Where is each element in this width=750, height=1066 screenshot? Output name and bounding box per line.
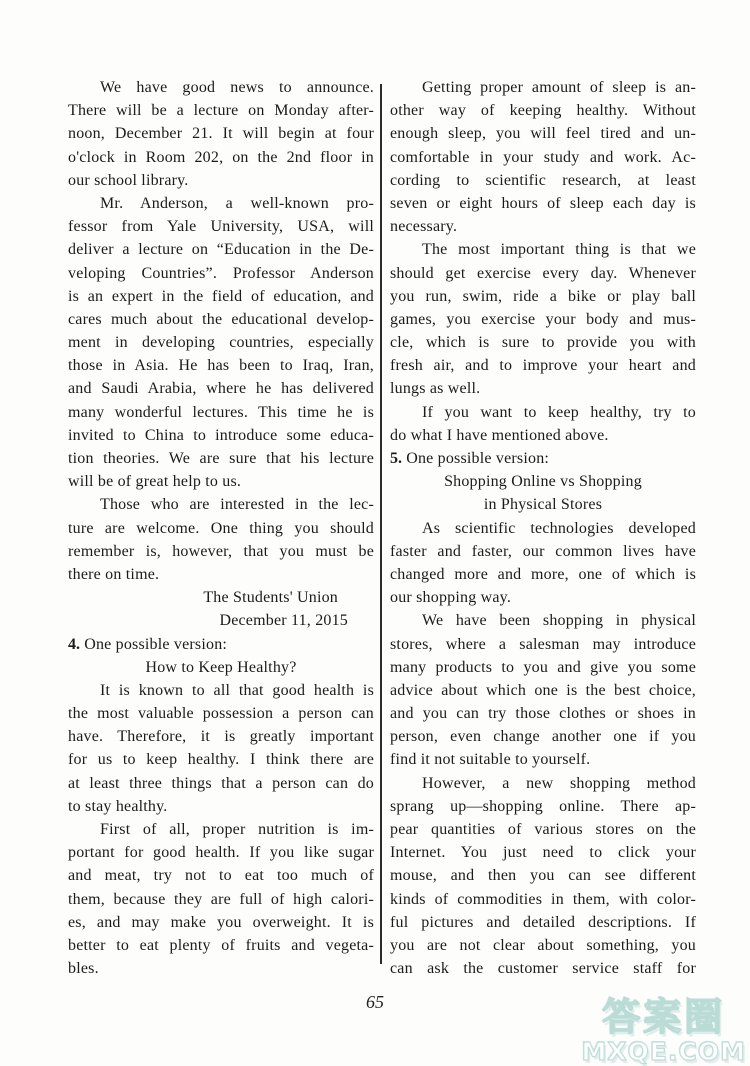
- signature-line: The Students' Union: [68, 586, 374, 609]
- text-line: There will be a lecture on Monday after-: [68, 99, 374, 122]
- section-heading: How to Keep Healthy?: [68, 656, 374, 679]
- item-number: 5.: [390, 450, 402, 467]
- section-heading: Shopping Online vs Shopping: [390, 470, 696, 493]
- text-line: should get exercise every day. Whenever: [390, 262, 696, 285]
- text-line: do what I have mentioned above.: [390, 424, 696, 447]
- section-heading: in Physical Stores: [390, 493, 696, 516]
- text-line: cares much about the educational develop…: [68, 308, 374, 331]
- text-line: and you can try those clothes or shoes i…: [390, 702, 696, 725]
- watermark-logo-text: 答案圈: [582, 998, 746, 1036]
- text-line: our shopping way.: [390, 586, 696, 609]
- text-line: better to eat plenty of fruits and veget…: [68, 934, 374, 957]
- text-line: have. Therefore, it is greatly important: [68, 725, 374, 748]
- text-line: stores, where a salesman may introduce: [390, 633, 696, 656]
- text-line: Getting proper amount of sleep is an-: [390, 76, 696, 99]
- text-line: will be of great help to us.: [68, 470, 374, 493]
- text-line: our school library.: [68, 169, 374, 192]
- text-line: ment in developing countries, especially: [68, 331, 374, 354]
- text-line: tion theories. We are sure that his lect…: [68, 447, 374, 470]
- text-line: ful pictures and detailed descriptions. …: [390, 911, 696, 934]
- text-line: However, a new shopping method: [390, 772, 696, 795]
- text-line: First of all, proper nutrition is im-: [68, 818, 374, 841]
- text-line: seven or eight hours of sleep each day i…: [390, 192, 696, 215]
- text-line: cording to scientific research, at least: [390, 169, 696, 192]
- text-line: the most valuable possession a person ca…: [68, 702, 374, 725]
- text-line: It is known to all that good health is: [68, 679, 374, 702]
- text-line: those in Asia. He has been to Iraq, Iran…: [68, 354, 374, 377]
- text-line: invited to China to introduce some educa…: [68, 424, 374, 447]
- text-line: for us to keep healthy. I think there ar…: [68, 748, 374, 771]
- text-line: you are not clear about something, you: [390, 934, 696, 957]
- text-line: other way of keeping healthy. Without: [390, 99, 696, 122]
- text-line: remember is, however, that you must be: [68, 540, 374, 563]
- text-line: Internet. You just need to click your: [390, 841, 696, 864]
- text-line: deliver a lecture on “Education in the D…: [68, 238, 374, 261]
- text-line: fresh air, and to improve your heart and: [390, 354, 696, 377]
- text-line: bles.: [68, 957, 374, 980]
- text-line: If you want to keep healthy, try to: [390, 401, 696, 424]
- text-line: Those who are interested in the lec-: [68, 493, 374, 516]
- text-line: lungs as well.: [390, 377, 696, 400]
- text-line: cle, which is sure to provide you with: [390, 331, 696, 354]
- text-line: find it not suitable to yourself.: [390, 748, 696, 771]
- text-line: portant for good health. If you like sug…: [68, 841, 374, 864]
- text-line: many products to you and give you some: [390, 656, 696, 679]
- column-divider-rule: [380, 84, 382, 964]
- scanned-book-page: We have good news to announce.There will…: [0, 0, 750, 1066]
- text-line: necessary.: [390, 215, 696, 238]
- text-line: fessor from Yale University, USA, will: [68, 215, 374, 238]
- text-line: comfortable in your study and work. Ac-: [390, 146, 696, 169]
- watermark-site-text: MXQE.COM: [582, 1039, 746, 1064]
- text-line: games, you exercise your body and mus-: [390, 308, 696, 331]
- text-line: them, because they are full of high calo…: [68, 888, 374, 911]
- text-line: advice about which one is the best choic…: [390, 679, 696, 702]
- text-line: can ask the customer service staff for: [390, 957, 696, 980]
- numbered-item: 4. One possible version:: [68, 633, 374, 656]
- numbered-item: 5. One possible version:: [390, 447, 696, 470]
- text-line: kinds of commodities in them, with color…: [390, 888, 696, 911]
- text-line: noon, December 21. It will begin at four: [68, 122, 374, 145]
- text-line: at least three things that a person can …: [68, 772, 374, 795]
- watermark: 答案圈 MXQE.COM: [582, 998, 746, 1064]
- text-line: to stay healthy.: [68, 795, 374, 818]
- text-line: es, and may make you overweight. It is: [68, 911, 374, 934]
- text-line: We have been shopping in physical: [390, 609, 696, 632]
- text-line: faster and faster, our common lives have: [390, 540, 696, 563]
- text-line: is an expert in the field of education, …: [68, 285, 374, 308]
- text-line: there on time.: [68, 563, 374, 586]
- text-line: sprang up—shopping online. There ap-: [390, 795, 696, 818]
- text-line: and Saudi Arabia, where he has delivered: [68, 377, 374, 400]
- text-line: The most important thing is that we: [390, 238, 696, 261]
- text-line: enough sleep, you will feel tired and un…: [390, 122, 696, 145]
- item-number: 4.: [68, 636, 80, 653]
- text-line: you run, swim, ride a bike or play ball: [390, 285, 696, 308]
- text-line: ture are welcome. One thing you should: [68, 517, 374, 540]
- text-line: person, even change another one if you: [390, 725, 696, 748]
- text-line: As scientific technologies developed: [390, 517, 696, 540]
- text-line: We have good news to announce.: [68, 76, 374, 99]
- text-line: changed more and more, one of which is: [390, 563, 696, 586]
- text-line: and meat, try not to eat too much of: [68, 864, 374, 887]
- text-line: mouse, and then you can see different: [390, 864, 696, 887]
- text-line: veloping Countries”. Professor Anderson: [68, 262, 374, 285]
- text-line: Mr. Anderson, a well-known pro-: [68, 192, 374, 215]
- text-line: pear quantities of various stores on the: [390, 818, 696, 841]
- text-line: o'clock in Room 202, on the 2nd floor in: [68, 146, 374, 169]
- text-column-right: Getting proper amount of sleep is an-oth…: [390, 76, 696, 980]
- signature-line: December 11, 2015: [68, 609, 374, 632]
- text-line: many wonderful lectures. This time he is: [68, 401, 374, 424]
- text-column-left: We have good news to announce.There will…: [68, 76, 374, 980]
